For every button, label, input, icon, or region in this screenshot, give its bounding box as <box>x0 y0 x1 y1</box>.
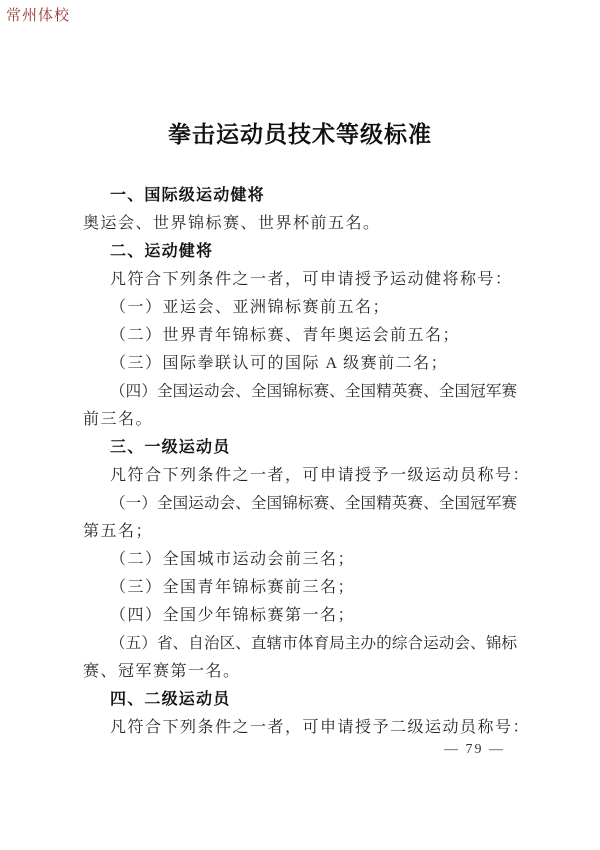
document-line: （三）国际拳联认可的国际 A 级赛前二名； <box>83 350 517 378</box>
document-line: 前三名。 <box>83 406 517 434</box>
section-heading: 二、运动健将 <box>83 238 517 266</box>
document-line: （四）全国运动会、全国锦标赛、全国精英赛、全国冠军赛 <box>83 378 517 406</box>
document-title: 拳击运动员技术等级标准 <box>0 116 600 149</box>
section-heading: 四、二级运动员 <box>83 686 517 714</box>
document-line: 凡符合下列条件之一者，可申请授予二级运动员称号： <box>83 714 517 742</box>
document-line: 凡符合下列条件之一者，可申请授予一级运动员称号： <box>83 462 517 490</box>
school-stamp-text: 常州体校 <box>6 4 70 25</box>
document-line: （五）省、自治区、直辖市体育局主办的综合运动会、锦标 <box>83 630 517 658</box>
page-number: — 79 — <box>444 742 505 758</box>
section-heading: 三、一级运动员 <box>83 434 517 462</box>
document-line: 赛、冠军赛第一名。 <box>83 658 517 686</box>
document-line: 第五名； <box>83 518 517 546</box>
document-body: 一、国际级运动健将奥运会、世界锦标赛、世界杯前五名。二、运动健将凡符合下列条件之… <box>83 182 517 742</box>
document-line: 凡符合下列条件之一者，可申请授予运动健将称号： <box>83 266 517 294</box>
document-line: （二）世界青年锦标赛、青年奥运会前五名； <box>83 322 517 350</box>
document-line: （四）全国少年锦标赛第一名； <box>83 602 517 630</box>
document-line: （一）亚运会、亚洲锦标赛前五名； <box>83 294 517 322</box>
document-line: 奥运会、世界锦标赛、世界杯前五名。 <box>83 210 517 238</box>
document-line: （一）全国运动会、全国锦标赛、全国精英赛、全国冠军赛 <box>83 490 517 518</box>
document-line: （二）全国城市运动会前三名； <box>83 546 517 574</box>
document-line: （三）全国青年锦标赛前三名； <box>83 574 517 602</box>
section-heading: 一、国际级运动健将 <box>83 182 517 210</box>
